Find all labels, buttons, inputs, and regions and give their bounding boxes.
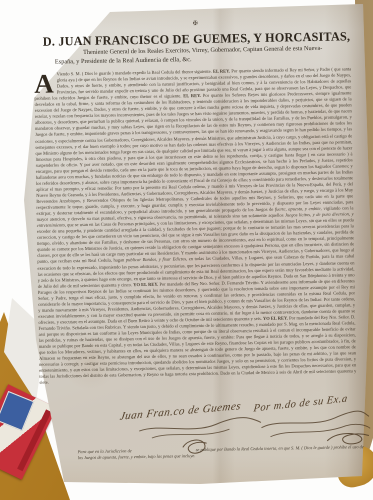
body-segment: Por mandado del Rey Nro. Señor. D. Ferna…	[38, 314, 356, 385]
body-segment: Por quanto los Señores Reyes mis glorios…	[35, 91, 354, 216]
printer-ornament: ✠	[36, 17, 356, 30]
drop-cap: A	[34, 71, 57, 94]
footer-annotation: Para que en la Jurisdiccion dese publiqu…	[78, 444, 370, 460]
photo-of-decree: ✠ D. JUAN FRANCISCO DE GUEMES, Y HORCASI…	[0, 0, 373, 500]
body-segment: EL REY.	[213, 68, 231, 73]
printed-content: ✠ D. JUAN FRANCISCO DE GUEMES, Y HORCASI…	[0, 0, 373, 500]
body-segment: fuerte, apuesta, y embite,	[275, 206, 324, 212]
body-text: AViendo S. M. ( Dios le guarde ) mandado…	[34, 66, 357, 409]
body-segment: YO EL REY.	[263, 315, 289, 320]
body-segment: publicar Bandos, y fixar Edictos,	[126, 257, 189, 263]
footer-note-part2: se publique por Bando la Real Cedula ins…	[196, 445, 333, 452]
body-segment: YO EL REY.	[133, 281, 159, 286]
body-segment: EL REY.	[183, 93, 203, 98]
body-text-runs: Viendo S. M. ( Dios le guarde ) mandado …	[34, 66, 356, 385]
